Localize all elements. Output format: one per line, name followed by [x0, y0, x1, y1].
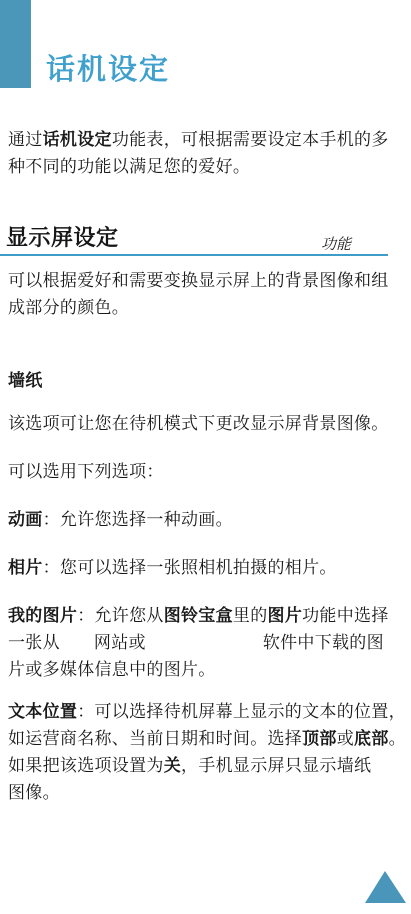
text-line: 动画：允许您选择一种动画。 [8, 509, 408, 536]
display-settings-paragraph: 可以根据爱好和需要变换显示屏上的背景图像和组成部分的颜色。 [8, 270, 408, 324]
text-segment: 功能中选择 [302, 606, 389, 625]
option-my-pictures-paragraph: 我的图片：允许您从图铃宝盒里的图片功能中选择一张从网站或软件中下载的图片或多媒体… [8, 605, 408, 686]
text-line: 墙纸 [8, 370, 408, 397]
text-segment: 或 [337, 729, 354, 748]
option-animation-paragraph: 动画：允许您选择一种动画。 [8, 509, 408, 536]
text-segment: 成部分的颜色。 [8, 298, 129, 317]
chapter-title: 话机设定 [46, 56, 170, 85]
text-line: 如运营商名称、当前日期和时间。选择顶部或底部。 [8, 728, 408, 755]
text-line: 片或多媒体信息中的图片。 [8, 659, 408, 686]
wallpaper-subheading: 墙纸 [8, 370, 408, 397]
text-line: 一张从网站或软件中下载的图 [8, 632, 408, 659]
text-line: 成部分的颜色。 [8, 297, 408, 324]
text-segment: 软件中下载的图 [263, 633, 384, 652]
text-line: 图像。 [8, 782, 408, 809]
chapter-accent-bar [0, 0, 31, 88]
text-segment: 如果把该选项设置为 [8, 756, 164, 775]
page-corner-triangle-icon [365, 871, 406, 903]
bold-term: 我的图片 [8, 606, 77, 625]
bold-term: 底部 [354, 729, 389, 748]
text-segment: 图像。 [8, 783, 60, 802]
manual-page: 话机设定 显示屏设定 功能 通过话机设定功能表，可根据需要设定本手机的多种不同的… [0, 0, 411, 914]
text-segment: 功能表，可根据需要设定本手机的多 [112, 130, 389, 149]
bold-term: 关 [164, 756, 181, 775]
text-segment: 通过 [8, 130, 43, 149]
bold-term: 相片 [8, 558, 43, 577]
text-line: 该选项可让您在待机模式下更改显示屏背景图像。 [8, 413, 408, 440]
text-segment: 该选项可让您在待机模式下更改显示屏背景图像。 [8, 414, 389, 433]
text-segment: 如运营商名称、当前日期和时间。选择 [8, 729, 302, 748]
section-heading-display-settings: 显示屏设定 [6, 225, 119, 251]
text-line: 我的图片：允许您从图铃宝盒里的图片功能中选择 [8, 605, 408, 632]
text-segment: 网站或 [94, 633, 146, 652]
text-line: 文本位置：可以选择待机屏幕上显示的文本的位置， [8, 701, 408, 728]
bold-term: 图铃宝盒 [164, 606, 233, 625]
text-segment: ，手机显示屏只显示墙纸 [181, 756, 371, 775]
text-segment: ：您可以选择一张照相机拍摄的相片。 [43, 558, 337, 577]
bold-term: 墙纸 [8, 371, 43, 390]
text-segment: 。 [389, 729, 406, 748]
text-line: 通过话机设定功能表，可根据需要设定本手机的多 [8, 129, 408, 156]
bold-term: 话机设定 [43, 130, 112, 149]
text-line: 种不同的功能以满足您的爱好。 [8, 156, 408, 183]
text-segment: 种不同的功能以满足您的爱好。 [8, 157, 250, 176]
text-line: 可以根据爱好和需要变换显示屏上的背景图像和组 [8, 270, 408, 297]
option-photo-paragraph: 相片：您可以选择一张照相机拍摄的相片。 [8, 557, 408, 584]
options-intro-paragraph: 可以选用下列选项： [8, 461, 408, 488]
text-line: 可以选用下列选项： [8, 461, 408, 488]
bold-term: 动画 [8, 510, 43, 529]
bold-term: 文本位置 [8, 702, 77, 721]
wallpaper-desc-paragraph: 该选项可让您在待机模式下更改显示屏背景图像。 [8, 413, 408, 440]
option-text-position-paragraph: 文本位置：可以选择待机屏幕上显示的文本的位置，如运营商名称、当前日期和时间。选择… [8, 701, 408, 809]
intro-paragraph: 通过话机设定功能表，可根据需要设定本手机的多种不同的功能以满足您的爱好。 [8, 129, 408, 183]
text-line: 如果把该选项设置为关，手机显示屏只显示墙纸 [8, 755, 408, 782]
text-segment: ：允许您从 [77, 606, 164, 625]
text-segment: 可以根据爱好和需要变换显示屏上的背景图像和组 [8, 271, 389, 290]
text-segment: 一张从 [8, 633, 60, 652]
bold-term: 图片 [268, 606, 303, 625]
section-rule-divider [0, 254, 388, 256]
text-segment: ：允许您选择一种动画。 [43, 510, 233, 529]
text-segment: 里的 [233, 606, 268, 625]
section-side-label: 功能 [321, 233, 351, 254]
text-segment: 可以选用下列选项： [8, 462, 164, 481]
text-segment: 片或多媒体信息中的图片。 [8, 660, 216, 679]
bold-term: 顶部 [302, 729, 337, 748]
text-line: 相片：您可以选择一张照相机拍摄的相片。 [8, 557, 408, 584]
text-segment: ：可以选择待机屏幕上显示的文本的位置， [77, 702, 406, 721]
